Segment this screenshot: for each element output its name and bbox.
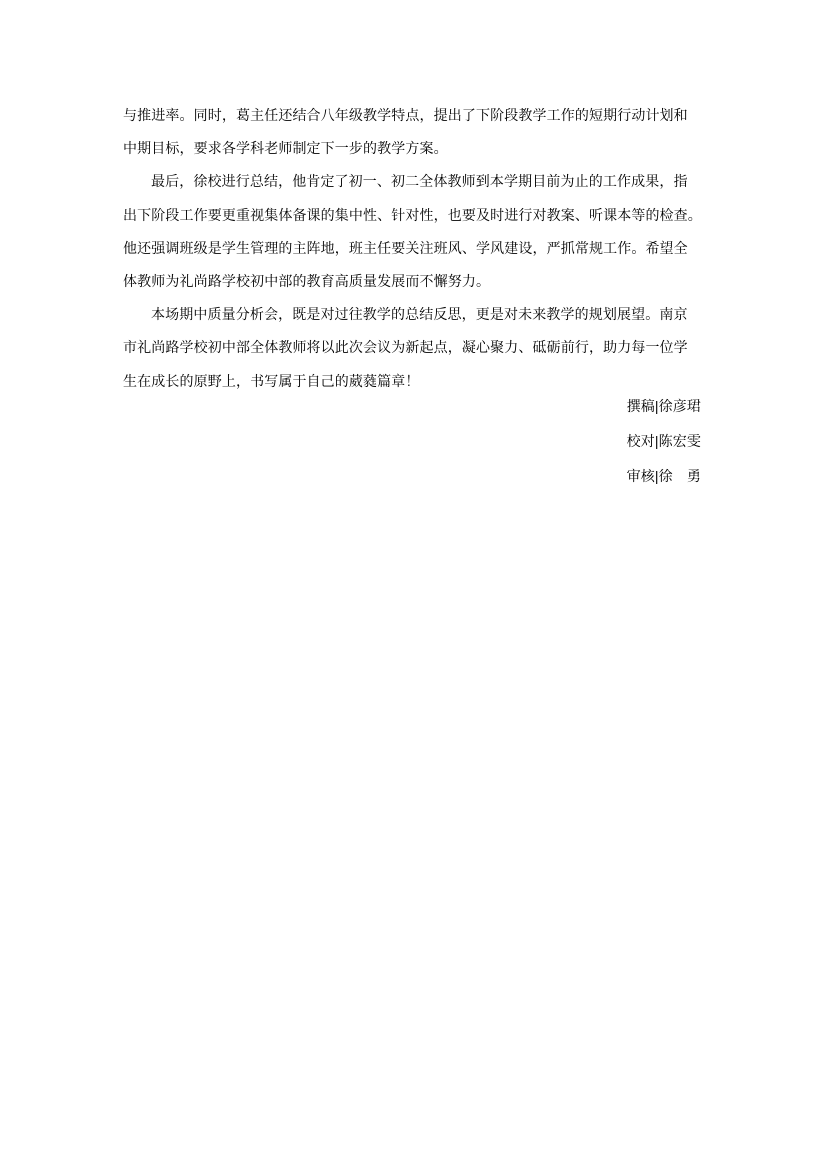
body-text-line: 市礼尚路学校初中部全体教师将以此次会议为新起点，凝心聚力、砥砺前行，助力每一位学 — [123, 331, 703, 364]
body-text-line: 体教师为礼尚路学校初中部的教育高质量发展而不懈努力。 — [123, 265, 703, 298]
signature-reviewer-line: 审核|徐 勇 — [123, 459, 701, 494]
signature-author-line: 撰稿|徐彦珺 — [123, 389, 701, 424]
body-text-line: 出下阶段工作要更重视集体备课的集中性、针对性，也要及时进行对教案、听课本等的检查… — [123, 199, 703, 232]
body-text-line: 中期目标，要求各学科老师制定下一步的教学方案。 — [123, 132, 703, 165]
signature-block: 撰稿|徐彦珺 校对|陈宏雯 审核|徐 勇 — [123, 389, 701, 494]
body-text-line: 他还强调班级是学生管理的主阵地，班主任要关注班风、学风建设，严抓常规工作。希望全 — [123, 232, 703, 265]
document-page: 与推进率。同时，葛主任还结合八年级教学特点，提出了下阶段教学工作的短期行动计划和… — [0, 0, 827, 1170]
body-text-line: 与推进率。同时，葛主任还结合八年级教学特点，提出了下阶段教学工作的短期行动计划和 — [123, 99, 703, 132]
body-text-line: 本场期中质量分析会，既是对过往教学的总结反思，更是对未来教学的规划展望。南京 — [123, 298, 703, 331]
document-body-text: 与推进率。同时，葛主任还结合八年级教学特点，提出了下阶段教学工作的短期行动计划和… — [123, 99, 703, 398]
body-text-line: 最后，徐校进行总结，他肯定了初一、初二全体教师到本学期目前为止的工作成果，指 — [123, 165, 703, 198]
signature-proofreader-line: 校对|陈宏雯 — [123, 424, 701, 459]
